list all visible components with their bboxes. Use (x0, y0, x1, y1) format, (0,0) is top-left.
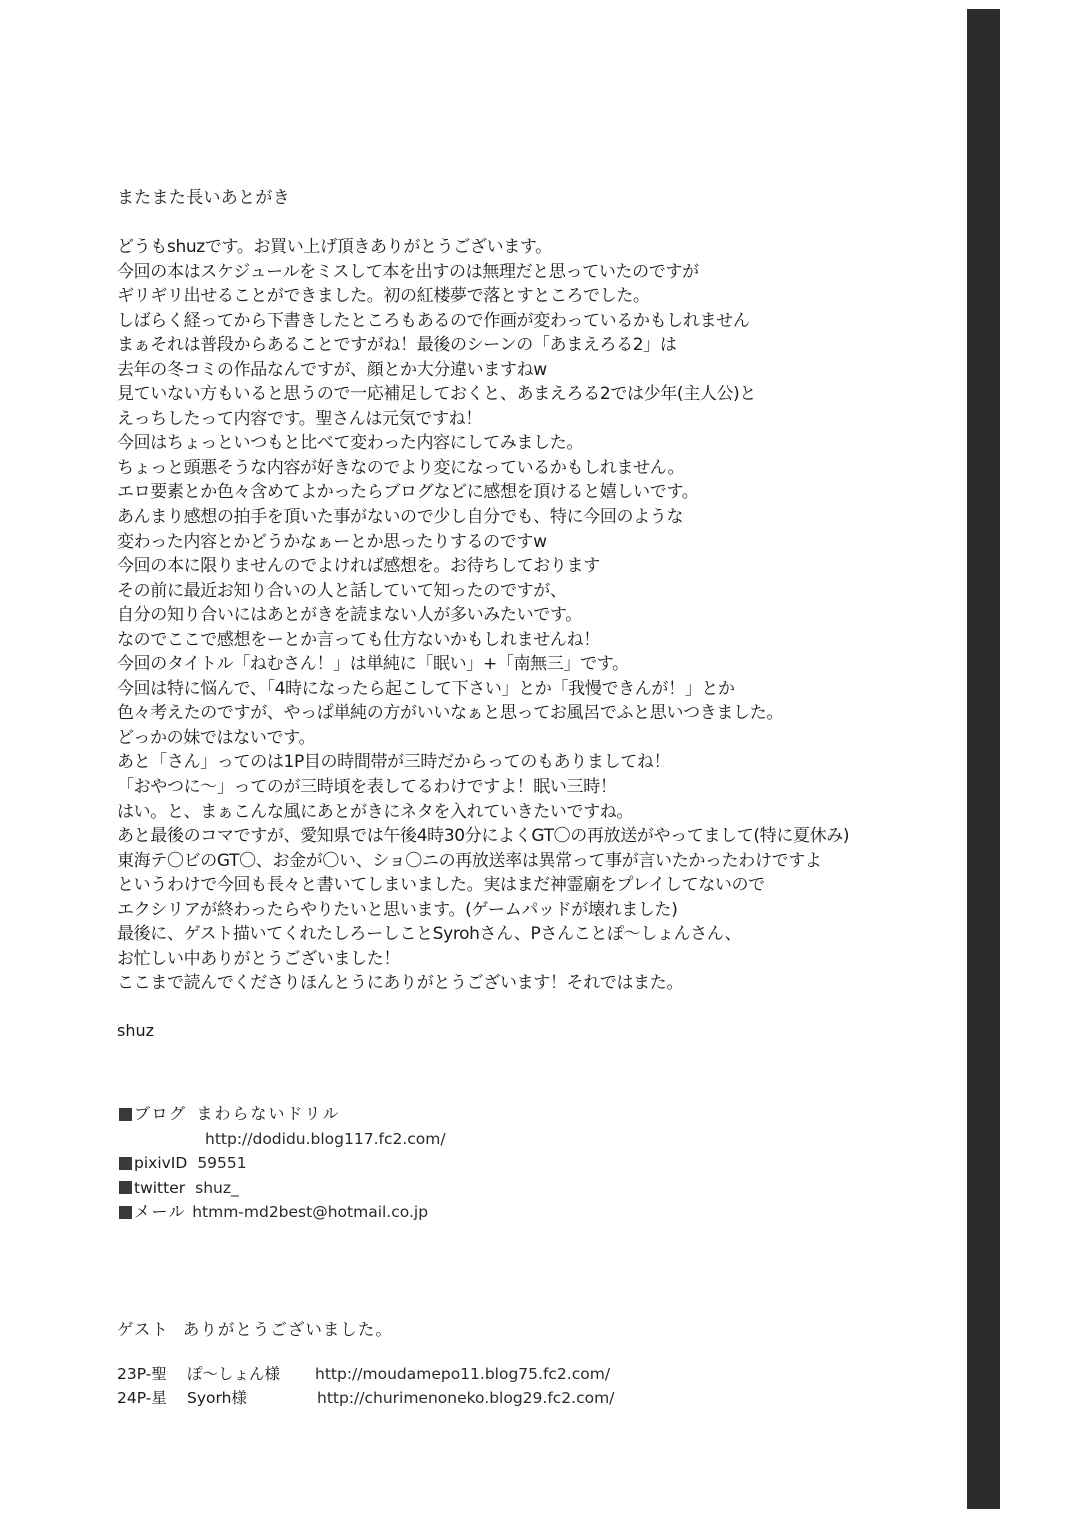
afterword-title: またまた長いあとがき (117, 186, 957, 210)
body-line: はい。と、まぁこんな風にあとがきにネタを入れていきたいですね。 (117, 800, 957, 825)
body-line: ちょっと頭悪そうな内容が好きなのでより変になっているかもしれません。 (117, 456, 957, 481)
page-edge-bar (967, 9, 1000, 1509)
blog-row: ブログ まわらないドリル (117, 1102, 446, 1127)
contact-links: ブログ まわらないドリル http://dodidu.blog117.fc2.c… (117, 1102, 446, 1225)
body-line: ギリギリ出せることができました。初の紅楼夢で落とすところでした。 (117, 284, 957, 309)
square-bullet-icon (119, 1206, 132, 1219)
guest-heading: ゲストありがとうございました。 (117, 1316, 393, 1340)
body-line: 見ていない方もいると思うので一応補足しておくと、あまえろる2では少年(主人公)と (117, 382, 957, 407)
body-line: お忙しい中ありがとうございました！ (117, 947, 957, 972)
body-line: 最後に、ゲスト描いてくれたしろーしことSyrohさん、Pさんことぽ～しょんさん、 (117, 922, 957, 947)
body-line: 今回のタイトル「ねむさん！」は単純に「眠い」+「南無三」です。 (117, 652, 957, 677)
pixiv-row: pixivID 59551 (117, 1151, 446, 1176)
body-line: なのでここで感想をーとか言っても仕方ないかもしれませんね！ (117, 628, 957, 653)
body-line: あと「さん」ってのは1P目の時間帯が三時だからってのもありましてね！ (117, 750, 957, 775)
twitter-row: twitter shuz_ (117, 1176, 446, 1201)
body-line: エクシリアが終わったらやりたいと思います。(ゲームパッドが壊れました) (117, 898, 957, 923)
body-line: まぁそれは普段からあることですがね！最後のシーンの「あまえろる2」は (117, 333, 957, 358)
body-line: 今回は特に悩んで、「4時になったら起こして下さい」とか「我慢できんが！」とか (117, 677, 957, 702)
square-bullet-icon (119, 1181, 132, 1194)
body-line: どうもshuzです。お買い上げ頂きありがとうございます。 (117, 235, 957, 260)
afterword-body: どうもshuzです。お買い上げ頂きありがとうございます。 今回の本はスケジュール… (117, 235, 957, 996)
body-line: 色々考えたのですが、やっぱ単純の方がいいなぁと思ってお風呂でふと思いつきました。 (117, 701, 957, 726)
body-line: というわけで今回も長々と書いてしまいました。実はまだ神霊廟をプレイしてないので (117, 873, 957, 898)
afterword-page: またまた長いあとがき どうもshuzです。お買い上げ頂きありがとうございます。 … (117, 186, 957, 996)
guest-url[interactable]: http://churimenoneko.blog29.fc2.com/ (317, 1386, 614, 1410)
body-line: 自分の知り合いにはあとがきを読まない人が多いみたいです。 (117, 603, 957, 628)
blog-url-row: http://dodidu.blog117.fc2.com/ (117, 1127, 446, 1152)
mail-row: メール htmm-md2best@hotmail.co.jp (117, 1200, 446, 1225)
body-line: どっかの妹ではないです。 (117, 726, 957, 751)
blog-name: まわらないドリル (197, 1102, 341, 1127)
mail-label: メール (134, 1200, 186, 1225)
body-line: 東海テ〇ビのGT〇、お金が〇い、ショ〇ニの再放送率は異常って事が言いたかったわけ… (117, 849, 957, 874)
body-line: しばらく経ってから下書きしたところもあるので作画が変わっているかもしれません (117, 309, 957, 334)
twitter-label: twitter (134, 1176, 185, 1201)
guest-page: 24P-星 (117, 1386, 167, 1410)
body-line: えっちしたって内容です。聖さんは元気ですね！ (117, 407, 957, 432)
guest-thanks: ありがとうございました。 (183, 1320, 393, 1339)
body-line: 去年の冬コミの作品なんですが、顔とか大分違いますねw (117, 358, 957, 383)
body-line: 「おやつに～」ってのが三時頃を表してるわけですよ！眠い三時！ (117, 775, 957, 800)
body-line: 変わった内容とかどうかなぁーとか思ったりするのですw (117, 530, 957, 555)
square-bullet-icon (119, 1157, 132, 1170)
body-line: 今回の本に限りませんのでよければ感想を。お待ちしております (117, 554, 957, 579)
guest-name: ぽ～しょん様 (187, 1362, 280, 1386)
blog-label: ブログ (134, 1102, 187, 1127)
body-line: その前に最近お知り合いの人と話していて知ったのですが、 (117, 579, 957, 604)
pixiv-label: pixivID (134, 1151, 187, 1176)
author-signature: shuz (117, 1021, 154, 1041)
guest-url[interactable]: http://moudamepo11.blog75.fc2.com/ (315, 1362, 610, 1386)
body-line: 今回の本はスケジュールをミスして本を出すのは無理だと思っていたのですが (117, 260, 957, 285)
guest-label: ゲスト (117, 1320, 169, 1339)
guest-page: 23P-聖 (117, 1362, 167, 1386)
body-line: ここまで読んでくださりほんとうにありがとうございます！それではまた。 (117, 971, 957, 996)
body-line: あと最後のコマですが、愛知県では午後4時30分によくGT〇の再放送がやってまして… (117, 824, 957, 849)
mail-address[interactable]: htmm-md2best@hotmail.co.jp (192, 1200, 428, 1225)
blog-url[interactable]: http://dodidu.blog117.fc2.com/ (205, 1127, 446, 1152)
guest-name: Syorh様 (187, 1386, 247, 1410)
twitter-handle: shuz_ (195, 1176, 239, 1201)
square-bullet-icon (119, 1108, 132, 1121)
pixiv-id: 59551 (197, 1151, 246, 1176)
body-line: あんまり感想の拍手を頂いた事がないので少し自分でも、特に今回のような (117, 505, 957, 530)
body-line: 今回はちょっといつもと比べて変わった内容にしてみました。 (117, 431, 957, 456)
body-line: エロ要素とか色々含めてよかったらブログなどに感想を頂けると嬉しいです。 (117, 480, 957, 505)
